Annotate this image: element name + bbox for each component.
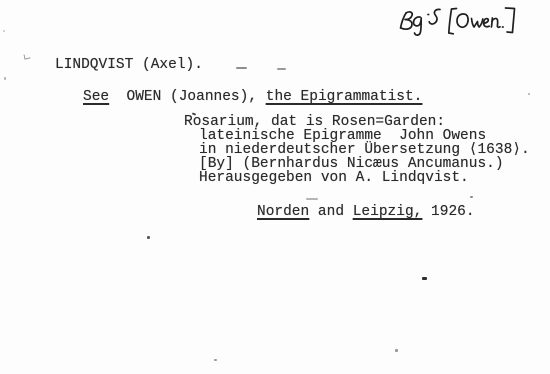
imprint-year: 1926.: [422, 204, 474, 220]
see-reference-target: the Epigrammatist.: [266, 89, 423, 105]
imprint-place-1: Norden: [257, 204, 309, 220]
scan-speck: [4, 77, 6, 80]
card-heading: LINDQVIST (Axel).: [55, 58, 203, 73]
scan-speck: [528, 93, 530, 95]
scan-speck: [214, 359, 217, 361]
imprint-place-2: Leipzig,: [353, 204, 423, 220]
scan-speck: [147, 236, 150, 239]
scan-speck: [3, 30, 5, 32]
editor-line: Herausgegeben von A. Lindqvist.: [199, 171, 469, 186]
scan-speck: [470, 196, 473, 198]
handwriting-strokes: [392, 3, 528, 45]
see-label: See: [83, 89, 109, 105]
imprint-connector: and: [309, 204, 353, 220]
pencil-tick-mark: [24, 53, 31, 59]
catalog-card-scan: Bg·S [Owen.]: [0, 0, 550, 374]
see-reference-line: See OWEN (Joannes), the Epigrammatist.: [83, 90, 422, 105]
imprint-line: Norden and Leipzig, 1926.: [257, 205, 475, 220]
scan-speck: [395, 349, 398, 352]
stray-dash: [277, 68, 286, 70]
handwritten-shelfmark: Bg·S [Owen.]: [392, 3, 528, 45]
stray-dash: [306, 198, 318, 200]
scan-speck: [422, 277, 427, 280]
stray-dash: [236, 67, 247, 69]
see-reference-middle: OWEN (Joannes),: [109, 89, 266, 105]
